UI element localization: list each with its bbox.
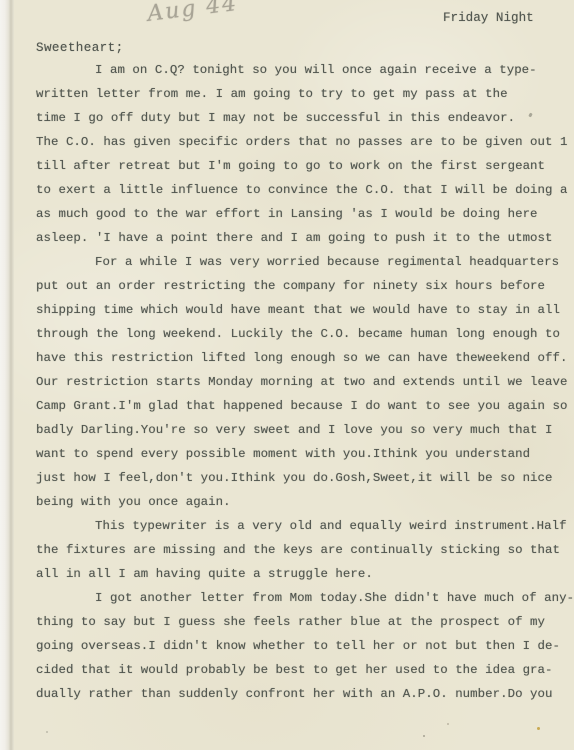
letter-line: written letter from me. I am going to tr… xyxy=(36,82,568,106)
letter-line: This typewriter is a very old and equall… xyxy=(36,514,568,538)
letter-line: The C.O. has given specific orders that … xyxy=(36,130,568,154)
letter-line: going overseas.I didn't know whether to … xyxy=(36,634,568,658)
handwritten-date: Aug 44 xyxy=(146,0,240,27)
letter-line: till after retreat but I'm going to go t… xyxy=(36,154,568,178)
letter-line: badly Darling.You're so very sweet and I… xyxy=(36,418,568,442)
letter-line: cided that it would probably be best to … xyxy=(36,658,568,682)
dateline: Friday Night xyxy=(443,6,534,30)
letter-page: Aug 44 Friday Night Sweetheart; I am on … xyxy=(0,0,574,750)
letter-line: asleep. 'I have a point there and I am g… xyxy=(36,226,568,250)
letter-line: to exert a little influence to convince … xyxy=(36,178,568,202)
letter-line: I got another letter from Mom today.She … xyxy=(36,586,568,610)
letter-line: the fixtures are missing and the keys ar… xyxy=(36,538,568,562)
letter-line: want to spend every possible moment with… xyxy=(36,442,568,466)
paper-speck xyxy=(423,735,425,737)
letter-line: time I go off duty but I may not be succ… xyxy=(36,106,568,130)
letter-line: being with you once again. xyxy=(36,490,568,514)
letter-line: For a while I was very worried because r… xyxy=(36,250,568,274)
letter-line: through the long weekend. Luckily the C.… xyxy=(36,322,568,346)
letter-line: thing to say but I guess she feels rathe… xyxy=(36,610,568,634)
letter-line: just how I feel,don't you.Ithink you do.… xyxy=(36,466,568,490)
paper-speck xyxy=(447,723,449,725)
letter-line: dually rather than suddenly confront her… xyxy=(36,682,568,706)
salutation: Sweetheart; xyxy=(36,36,124,60)
letter-line: Camp Grant.I'm glad that happened becaus… xyxy=(36,394,568,418)
letter-line: Our restriction starts Monday morning at… xyxy=(36,370,568,394)
letter-line: shipping time which would have meant tha… xyxy=(36,298,568,322)
letter-body: I am on C.Q? tonight so you will once ag… xyxy=(36,58,568,706)
letter-line: all in all I am having quite a struggle … xyxy=(36,562,568,586)
scan-edge-shadow xyxy=(0,0,14,750)
letter-line: have this restriction lifted long enough… xyxy=(36,346,568,370)
letter-line: as much good to the war effort in Lansin… xyxy=(36,202,568,226)
letter-line: I am on C.Q? tonight so you will once ag… xyxy=(36,58,568,82)
paper-speck xyxy=(537,727,540,730)
paper-speck xyxy=(46,731,48,733)
letter-line: put out an order restricting the company… xyxy=(36,274,568,298)
